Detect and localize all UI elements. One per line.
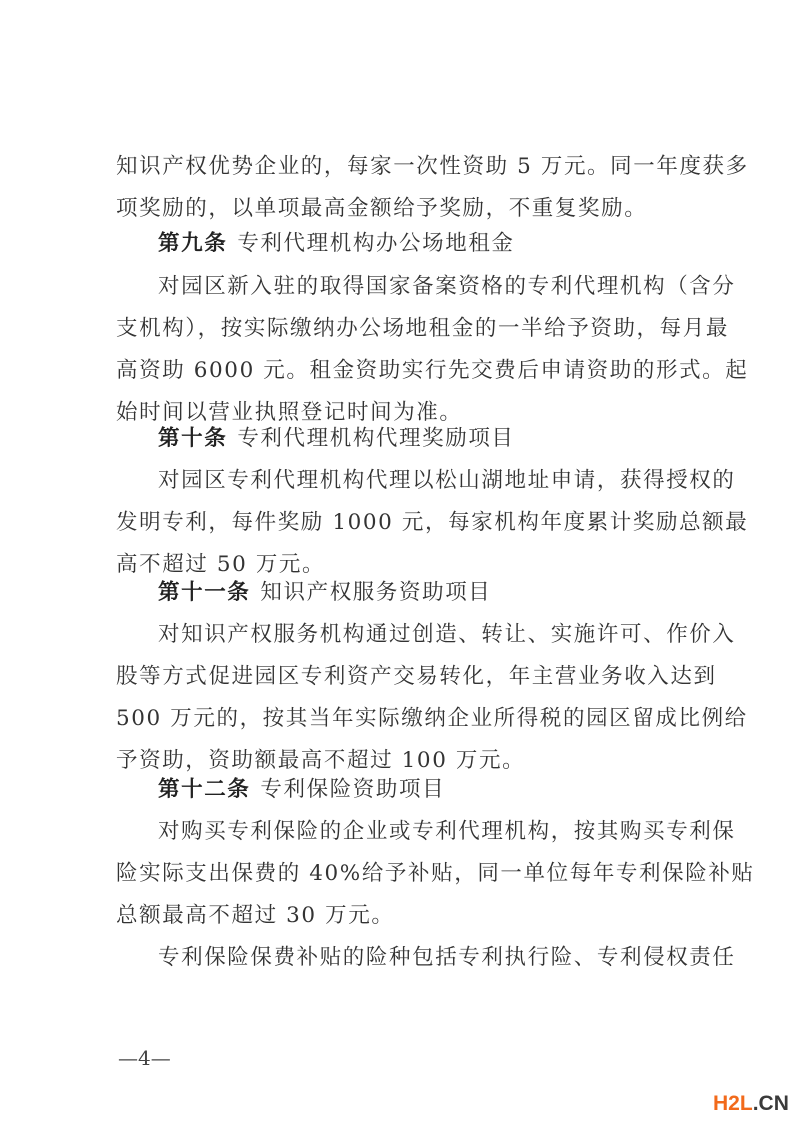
article-heading: 第十一条知识产权服务资助项目 [158, 578, 728, 608]
article-heading: 第十条专利代理机构代理奖励项目 [158, 424, 728, 454]
article-title: 专利代理机构办公场地租金 [237, 231, 514, 256]
body-line: 专利保险保费补贴的险种包括专利执行险、专利侵权责任 [158, 943, 728, 973]
body-line: 支机构），按实际缴纳办公场地租金的一半给予资助，每月最 [116, 314, 686, 344]
body-line: 项奖励的，以单项最高金额给予奖励，不重复奖励。 [116, 194, 686, 224]
body-line: 予资助，资助额最高不超过 100 万元。 [116, 746, 686, 776]
body-line: 高不超过 50 万元。 [116, 550, 686, 580]
watermark-domain: .CN [753, 1092, 789, 1115]
article-heading: 第九条专利代理机构办公场地租金 [158, 229, 728, 259]
article-heading: 第十二条专利保险资助项目 [158, 775, 728, 805]
body-line: 股等方式促进园区专利资产交易转化，年主营业务收入达到 [116, 662, 686, 692]
body-line: 知识产权优势企业的，每家一次性资助 5 万元。同一年度获多 [116, 152, 686, 182]
article-title: 知识产权服务资助项目 [260, 580, 491, 605]
article-title: 专利保险资助项目 [260, 777, 445, 802]
body-line: 险实际支出保费的 40%给予补贴，同一单位每年专利保险补贴 [116, 859, 686, 889]
article-title: 专利代理机构代理奖励项目 [237, 426, 514, 451]
page-number: —4— [118, 1046, 171, 1070]
body-line: 发明专利，每件奖励 1000 元，每家机构年度累计奖励总额最 [116, 508, 686, 538]
article-number: 第九条 [158, 231, 227, 256]
article-number: 第十二条 [158, 777, 250, 802]
body-line: 对购买专利保险的企业或专利代理机构，按其购买专利保 [158, 817, 728, 847]
body-line: 高资助 6000 元。租金资助实行先交费后申请资助的形式。起 [116, 356, 686, 386]
body-line: 对园区专利代理机构代理以松山湖地址申请，获得授权的 [158, 466, 728, 496]
body-line: 对知识产权服务机构通过创造、转让、实施许可、作价入 [158, 620, 728, 650]
article-number: 第十一条 [158, 580, 250, 605]
body-line: 总额最高不超过 30 万元。 [116, 901, 686, 931]
watermark-brand: H2L [713, 1092, 753, 1115]
article-number: 第十条 [158, 426, 227, 451]
document-page: 知识产权优势企业的，每家一次性资助 5 万元。同一年度获多项奖励的，以单项最高金… [0, 0, 800, 1131]
body-line: 500 万元的，按其当年实际缴纳企业所得税的园区留成比例给 [116, 704, 686, 734]
site-watermark: H2L.CN [713, 1092, 789, 1116]
body-line: 对园区新入驻的取得国家备案资格的专利代理机构（含分 [158, 272, 728, 302]
